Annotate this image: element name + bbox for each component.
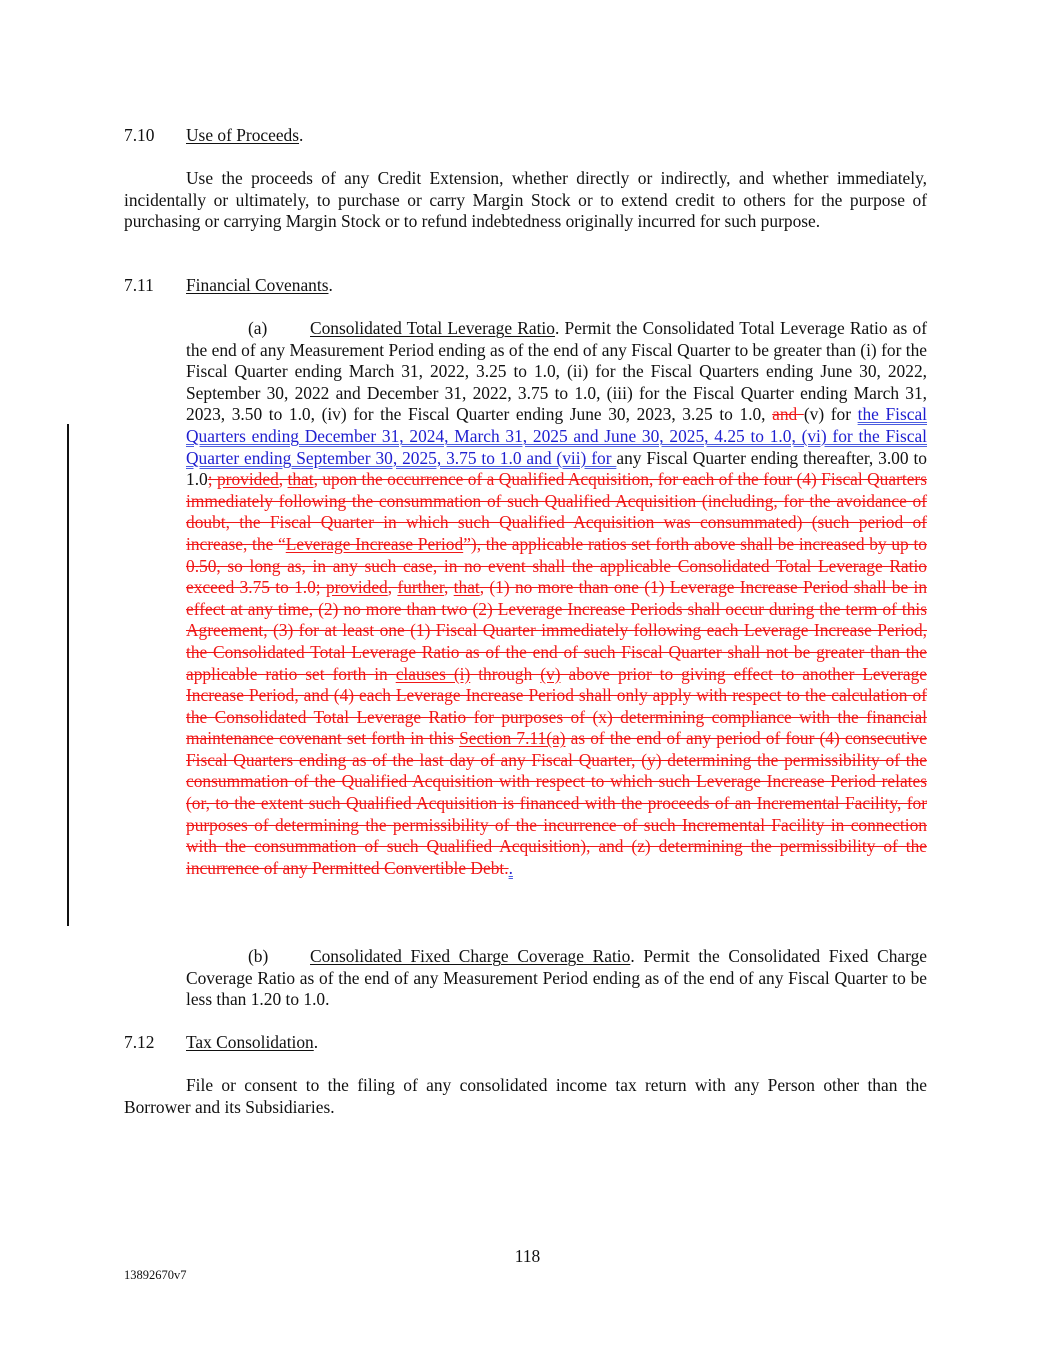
deleted-text: and: [772, 404, 804, 424]
section-number: 7.12: [124, 1032, 186, 1054]
clause-label: (b): [248, 946, 310, 968]
section-title: Use of Proceeds: [186, 125, 299, 145]
document-id: 13892670v7: [124, 1268, 187, 1283]
clause-label: (a): [248, 318, 310, 340]
change-bar: [67, 424, 69, 926]
page-number: 118: [0, 1246, 1055, 1267]
section-heading-7-11: 7.11Financial Covenants.: [124, 275, 333, 297]
inserted-text: .: [509, 858, 513, 878]
document-page: 7.10Use of Proceeds. Use the proceeds of…: [0, 0, 1055, 1365]
section-title: Tax Consolidation: [186, 1032, 314, 1052]
clause-title: Consolidated Fixed Charge Coverage Ratio: [310, 946, 630, 966]
section-heading-7-10: 7.10Use of Proceeds.: [124, 125, 303, 147]
section-title: Financial Covenants: [186, 275, 328, 295]
section-body-7-12: File or consent to the filing of any con…: [124, 1075, 927, 1118]
deleted-text: ; provided, that, upon the occurrence of…: [186, 469, 927, 878]
section-number: 7.10: [124, 125, 186, 147]
clause-title: Consolidated Total Leverage Ratio: [310, 318, 555, 338]
clause-7-11-b: (b)Consolidated Fixed Charge Coverage Ra…: [186, 946, 927, 1011]
section-heading-7-12: 7.12Tax Consolidation.: [124, 1032, 318, 1054]
clause-7-11-a: (a)Consolidated Total Leverage Ratio. Pe…: [186, 318, 927, 879]
section-body-7-10: Use the proceeds of any Credit Extension…: [124, 168, 927, 233]
section-number: 7.11: [124, 275, 186, 297]
